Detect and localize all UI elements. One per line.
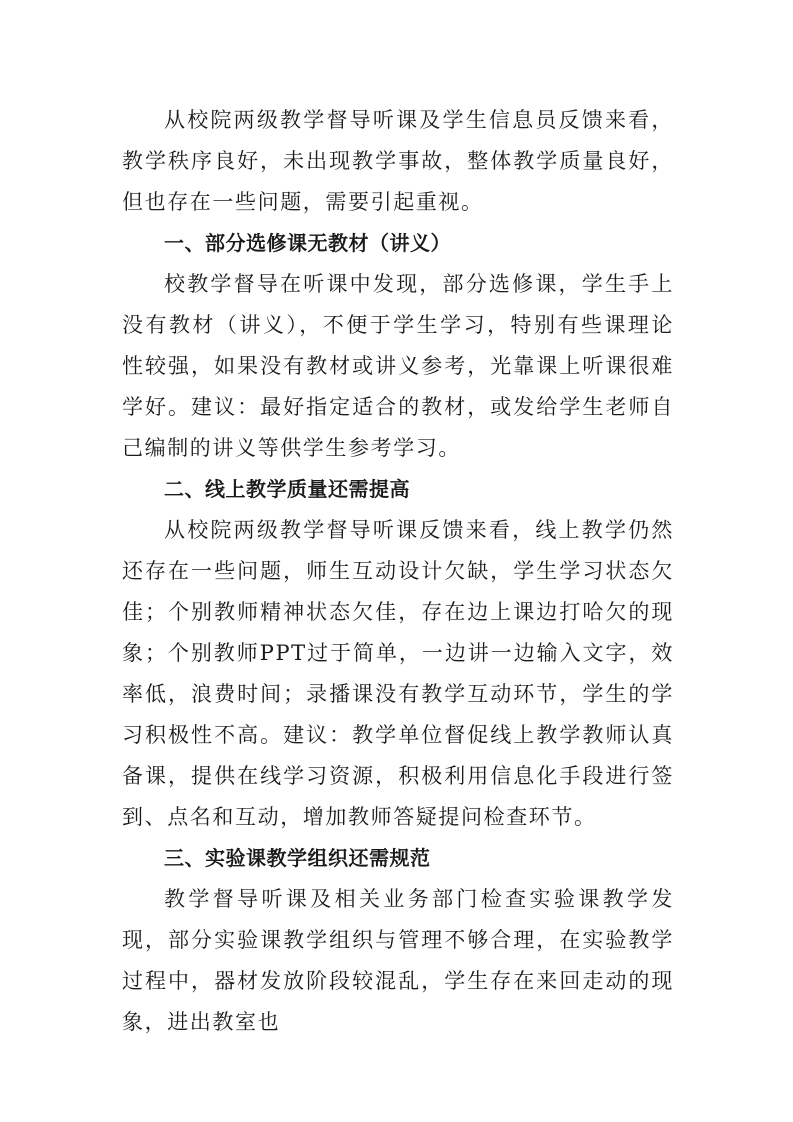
section-heading-2: 二、线上教学质量还需提高: [122, 469, 674, 510]
section-heading-3: 三、实验课教学组织还需规范: [122, 838, 674, 879]
section-heading-1: 一、部分选修课无教材（讲义）: [122, 223, 674, 264]
section-2-paragraph: 从校院两级教学督导听课反馈来看，线上教学仍然还存在一些问题，师生互动设计欠缺，学…: [122, 510, 674, 838]
document-page: 从校院两级教学督导听课及学生信息员反馈来看，教学秩序良好，未出现教学事故，整体教…: [122, 100, 674, 1043]
section-3-paragraph: 教学督导听课及相关业务部门检查实验课教学发现，部分实验课教学组织与管理不够合理，…: [122, 879, 674, 1043]
intro-paragraph: 从校院两级教学督导听课及学生信息员反馈来看，教学秩序良好，未出现教学事故，整体教…: [122, 100, 674, 223]
section-1-paragraph: 校教学督导在听课中发现，部分选修课，学生手上没有教材（讲义），不便于学生学习，特…: [122, 264, 674, 469]
